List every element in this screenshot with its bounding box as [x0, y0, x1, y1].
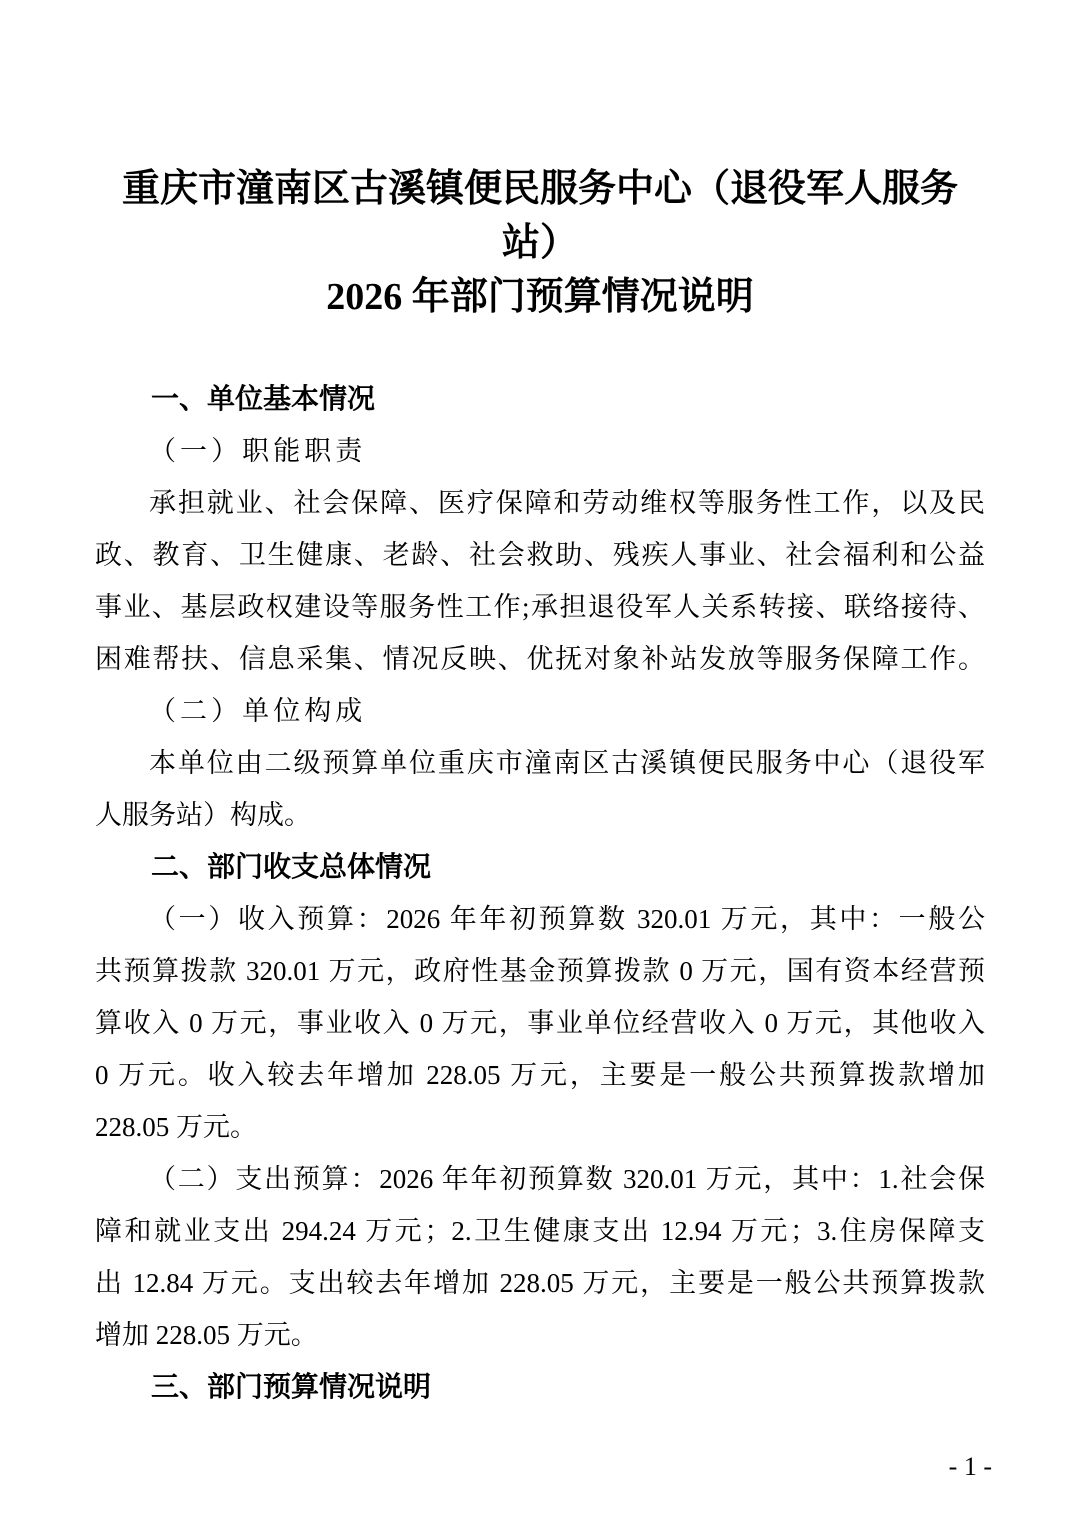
document-title: 重庆市潼南区古溪镇便民服务中心（退役军人服务 站） 2026 年部门预算情况说明	[95, 162, 985, 324]
paragraph-composition: 本单位由二级预算单位重庆市潼南区古溪镇便民服务中心（退役军 人服务站）构成。	[95, 737, 985, 841]
paragraph-line: 出 12.84 万元。支出较去年增加 228.05 万元，主要是一般公共预算拨款	[95, 1257, 985, 1309]
section-heading-1: 一、单位基本情况	[95, 373, 985, 425]
title-line-3: 2026 年部门预算情况说明	[95, 270, 985, 324]
paragraph-line: 困难帮扶、信息采集、情况反映、优抚对象补站发放等服务保障工作。	[95, 633, 985, 685]
document-body: 一、单位基本情况 （一）职能职责 承担就业、社会保障、医疗保障和劳动维权等服务性…	[95, 373, 985, 1413]
title-line-2: 站）	[95, 216, 985, 270]
document-page: 重庆市潼南区古溪镇便民服务中心（退役军人服务 站） 2026 年部门预算情况说明…	[0, 0, 1074, 1520]
paragraph-line: （二）支出预算：2026 年年初预算数 320.01 万元，其中：1.社会保	[95, 1153, 985, 1205]
paragraph-line: 本单位由二级预算单位重庆市潼南区古溪镇便民服务中心（退役军	[95, 737, 985, 789]
page-number: - 1 -	[949, 1452, 992, 1482]
paragraph-line: 增加 228.05 万元。	[95, 1309, 985, 1361]
paragraph-line: 0 万元。收入较去年增加 228.05 万元，主要是一般公共预算拨款增加	[95, 1049, 985, 1101]
title-line-1: 重庆市潼南区古溪镇便民服务中心（退役军人服务	[95, 162, 985, 216]
paragraph-line: 障和就业支出 294.24 万元；2.卫生健康支出 12.94 万元；3.住房保…	[95, 1205, 985, 1257]
paragraph-line: 人服务站）构成。	[95, 789, 985, 841]
paragraph-expenditure-budget: （二）支出预算：2026 年年初预算数 320.01 万元，其中：1.社会保 障…	[95, 1153, 985, 1361]
subsection-heading-1-1: （一）职能职责	[95, 425, 985, 477]
subsection-heading-1-2: （二）单位构成	[95, 685, 985, 737]
paragraph-line: 共预算拨款 320.01 万元，政府性基金预算拨款 0 万元，国有资本经营预	[95, 945, 985, 997]
paragraph-line: 算收入 0 万元，事业收入 0 万元，事业单位经营收入 0 万元，其他收入	[95, 997, 985, 1049]
paragraph-income-budget: （一）收入预算：2026 年年初预算数 320.01 万元，其中：一般公 共预算…	[95, 893, 985, 1153]
paragraph-line: （一）收入预算：2026 年年初预算数 320.01 万元，其中：一般公	[95, 893, 985, 945]
paragraph-line: 政、教育、卫生健康、老龄、社会救助、残疾人事业、社会福利和公益	[95, 529, 985, 581]
paragraph-line: 228.05 万元。	[95, 1101, 985, 1153]
paragraph-line: 事业、基层政权建设等服务性工作;承担退役军人关系转接、联络接待、	[95, 581, 985, 633]
section-heading-3: 三、部门预算情况说明	[95, 1361, 985, 1413]
paragraph-duties: 承担就业、社会保障、医疗保障和劳动维权等服务性工作，以及民 政、教育、卫生健康、…	[95, 477, 985, 685]
paragraph-line: 承担就业、社会保障、医疗保障和劳动维权等服务性工作，以及民	[95, 477, 985, 529]
section-heading-2: 二、部门收支总体情况	[95, 841, 985, 893]
